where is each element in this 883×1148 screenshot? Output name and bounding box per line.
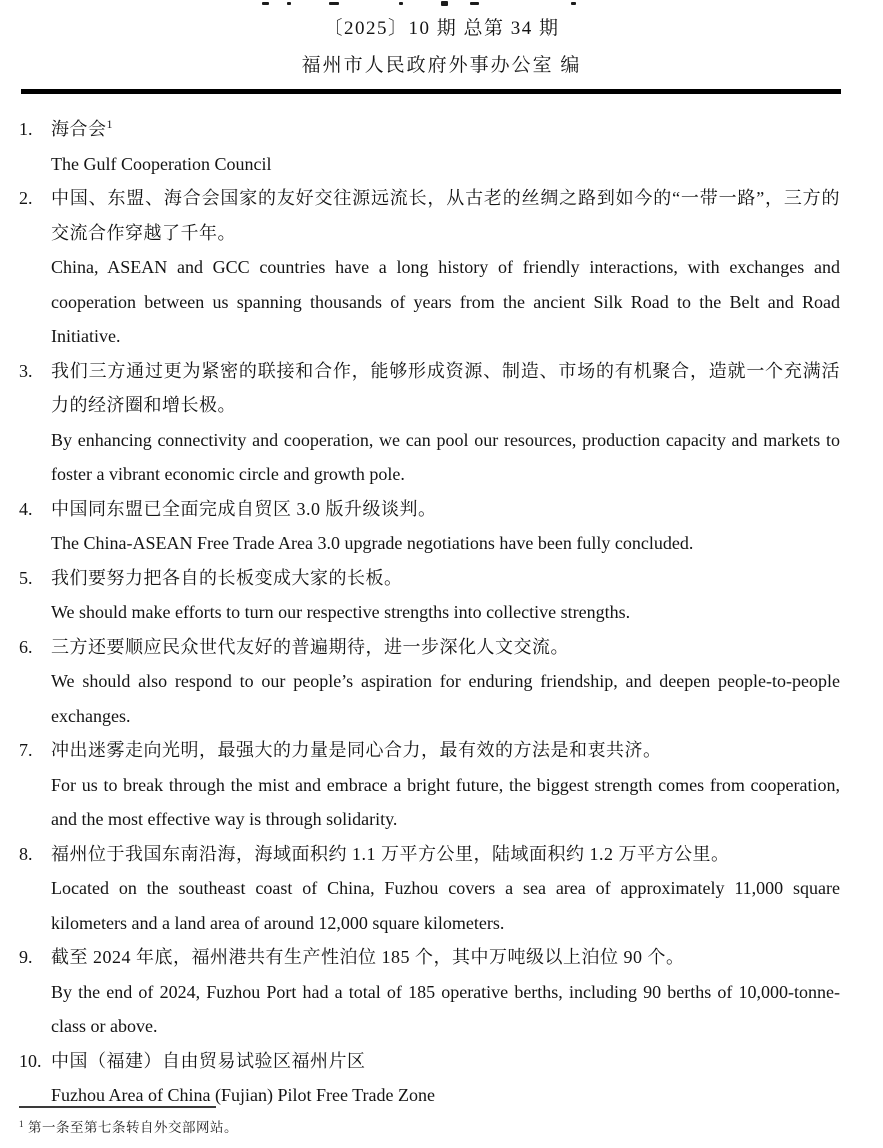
item-number: 7. (19, 733, 51, 837)
item-texts: 海合会1 The Gulf Cooperation Council (51, 112, 840, 181)
cropped-text-fragments (0, 0, 883, 7)
item-texts: 三方还要顺应民众世代友好的普遍期待，进一步深化人文交流。 We should a… (51, 630, 840, 734)
chinese-text: 冲出迷雾走向光明，最强大的力量是同心合力，最有效的方法是和衷共济。 (51, 733, 840, 768)
list-item: 9. 截至 2024 年底，福州港共有生产性泊位 185 个，其中万吨级以上泊位… (19, 940, 840, 1044)
document-page: 〔2025〕10 期 总第 34 期 福州市人民政府外事办公室 编 1. 海合会… (0, 0, 883, 1148)
footnote-text: 第一条至第七条转自外交部网站。 (28, 1120, 238, 1135)
item-number: 3. (19, 354, 51, 492)
english-text: For us to break through the mist and emb… (51, 768, 840, 837)
list-item: 3. 我们三方通过更为紧密的联接和合作，能够形成资源、制造、市场的有机聚合，造就… (19, 354, 840, 492)
english-text: We should also respond to our people’s a… (51, 664, 840, 733)
chinese-text: 中国、东盟、海合会国家的友好交往源远流长，从古老的丝绸之路到如今的“一带一路”，… (51, 181, 840, 250)
chinese-text: 截至 2024 年底，福州港共有生产性泊位 185 个，其中万吨级以上泊位 90… (51, 940, 840, 975)
item-number: 5. (19, 561, 51, 630)
item-texts: 中国同东盟已全面完成自贸区 3.0 版升级谈判。 The China-ASEAN… (51, 492, 840, 561)
list-item: 5. 我们要努力把各自的长板变成大家的长板。 We should make ef… (19, 561, 840, 630)
item-texts: 冲出迷雾走向光明，最强大的力量是同心合力，最有效的方法是和衷共济。 For us… (51, 733, 840, 837)
item-number: 1. (19, 112, 51, 181)
chinese-text: 三方还要顺应民众世代友好的普遍期待，进一步深化人文交流。 (51, 630, 840, 665)
english-text: The Gulf Cooperation Council (51, 147, 840, 182)
list-item: 10. 中国（福建）自由贸易试验区福州片区 Fuzhou Area of Chi… (19, 1044, 840, 1113)
masthead: 〔2025〕10 期 总第 34 期 福州市人民政府外事办公室 编 (0, 0, 883, 94)
item-texts: 中国（福建）自由贸易试验区福州片区 Fuzhou Area of China (… (51, 1044, 840, 1113)
item-texts: 我们三方通过更为紧密的联接和合作，能够形成资源、制造、市场的有机聚合，造就一个充… (51, 354, 840, 492)
chinese-text: 我们三方通过更为紧密的联接和合作，能够形成资源、制造、市场的有机聚合，造就一个充… (51, 354, 840, 423)
chinese-text: 中国同东盟已全面完成自贸区 3.0 版升级谈判。 (51, 492, 840, 527)
english-text: We should make efforts to turn our respe… (51, 595, 840, 630)
english-text: Located on the southeast coast of China,… (51, 871, 840, 940)
list-item: 6. 三方还要顺应民众世代友好的普遍期待，进一步深化人文交流。 We shoul… (19, 630, 840, 734)
footnote-line: 1第一条至第七条转自外交部网站。 (19, 1116, 659, 1136)
footnote-ref: 1 (107, 117, 114, 131)
footnote-rule (19, 1106, 216, 1108)
editor-line: 福州市人民政府外事办公室 编 (0, 54, 883, 78)
footnote-marker: 1 (19, 1119, 24, 1129)
item-texts: 我们要努力把各自的长板变成大家的长板。 We should make effor… (51, 561, 840, 630)
item-number: 2. (19, 181, 51, 354)
english-text: By the end of 2024, Fuzhou Port had a to… (51, 975, 840, 1044)
footnote: 1第一条至第七条转自外交部网站。 (19, 1106, 659, 1136)
list-item: 4. 中国同东盟已全面完成自贸区 3.0 版升级谈判。 The China-AS… (19, 492, 840, 561)
item-number: 10. (19, 1044, 51, 1113)
list-item: 8. 福州位于我国东南沿海，海域面积约 1.1 万平方公里，陆域面积约 1.2 … (19, 837, 840, 941)
list-item: 1. 海合会1 The Gulf Cooperation Council (19, 112, 840, 181)
item-texts: 中国、东盟、海合会国家的友好交往源远流长，从古老的丝绸之路到如今的“一带一路”，… (51, 181, 840, 354)
item-number: 8. (19, 837, 51, 941)
item-number: 6. (19, 630, 51, 734)
english-text: The China-ASEAN Free Trade Area 3.0 upgr… (51, 526, 840, 561)
chinese-text: 我们要努力把各自的长板变成大家的长板。 (51, 561, 840, 596)
list-item: 7. 冲出迷雾走向光明，最强大的力量是同心合力，最有效的方法是和衷共济。 For… (19, 733, 840, 837)
divider-rule (21, 89, 841, 94)
chinese-text: 中国（福建）自由贸易试验区福州片区 (51, 1044, 840, 1079)
list-item: 2. 中国、东盟、海合会国家的友好交往源远流长，从古老的丝绸之路到如今的“一带一… (19, 181, 840, 354)
english-text: By enhancing connectivity and cooperatio… (51, 423, 840, 492)
entry-list: 1. 海合会1 The Gulf Cooperation Council 2. … (19, 112, 840, 1113)
item-texts: 福州位于我国东南沿海，海域面积约 1.1 万平方公里，陆域面积约 1.2 万平方… (51, 837, 840, 941)
item-texts: 截至 2024 年底，福州港共有生产性泊位 185 个，其中万吨级以上泊位 90… (51, 940, 840, 1044)
english-text: China, ASEAN and GCC countries have a lo… (51, 250, 840, 354)
chinese-text: 福州位于我国东南沿海，海域面积约 1.1 万平方公里，陆域面积约 1.2 万平方… (51, 837, 840, 872)
item-number: 9. (19, 940, 51, 1044)
chinese-text: 海合会1 (51, 112, 840, 147)
item-number: 4. (19, 492, 51, 561)
